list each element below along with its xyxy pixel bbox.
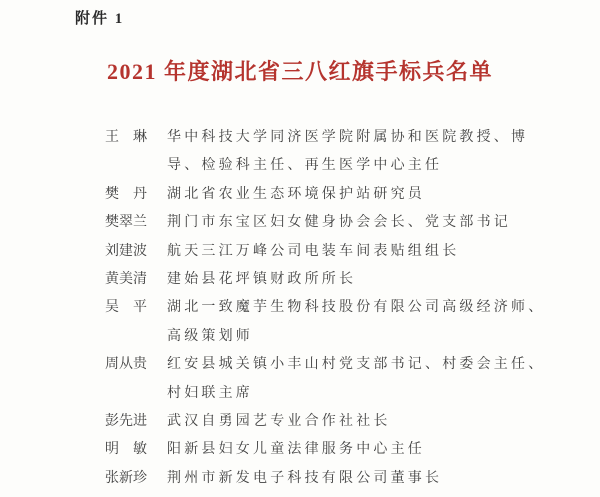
awardee-name: 明 敏 [105,436,147,464]
awardee-description: 荆门市东宝区妇女健身协会会长、党支部书记 [167,209,555,237]
list-item: 周从贵红安县城关镇小丰山村党支部书记、村委会主任、村妇联主席 [105,351,555,408]
awardee-description: 航天三江万峰公司电装车间表贴组组长 [167,238,555,266]
page-title: 2021 年度湖北省三八红旗手标兵名单 [0,55,600,86]
awardee-description-line: 阳新县妇女儿童法律服务中心主任 [167,436,555,464]
awardee-name: 彭先进 [105,408,147,436]
list-item: 樊翠兰荆门市东宝区妇女健身协会会长、党支部书记 [105,209,555,237]
awardee-name: 张新珍 [105,465,147,493]
awardee-description: 红安县城关镇小丰山村党支部书记、村委会主任、村妇联主席 [167,351,555,408]
list-item: 彭先进武汉自勇园艺专业合作社社长 [105,408,555,436]
awardee-description-line: 红安县城关镇小丰山村党支部书记、村委会主任、 [167,351,555,379]
awardee-description-line: 荆门市东宝区妇女健身协会会长、党支部书记 [167,209,555,237]
awardee-description: 建始县花坪镇财政所所长 [167,266,555,294]
awardee-name: 周从贵 [105,351,147,379]
awardee-description-line: 航天三江万峰公司电装车间表贴组组长 [167,238,555,266]
list-item: 黄美清建始县花坪镇财政所所长 [105,266,555,294]
list-item: 张新珍荆州市新发电子科技有限公司董事长 [105,465,555,493]
awardee-description: 荆州市新发电子科技有限公司董事长 [167,465,555,493]
awardee-description-line: 村妇联主席 [167,380,555,408]
document-page: 附件 1 2021 年度湖北省三八红旗手标兵名单 王 琳华中科技大学同济医学院附… [0,0,600,497]
awardee-description-line: 湖北省农业生态环境保护站研究员 [167,181,555,209]
list-item: 王 琳华中科技大学同济医学院附属协和医院教授、博导、检验科主任、再生医学中心主任 [105,124,555,181]
awardee-description: 湖北省农业生态环境保护站研究员 [167,181,555,209]
awardee-description-line: 建始县花坪镇财政所所长 [167,266,555,294]
awardee-description: 武汉自勇园艺专业合作社社长 [167,408,555,436]
awardee-description-line: 华中科技大学同济医学院附属协和医院教授、博 [167,124,555,152]
awardee-name: 王 琳 [105,124,147,152]
awardee-description-line: 湖北一致魔芋生物科技股份有限公司高级经济师、 [167,294,555,322]
awardee-description: 湖北一致魔芋生物科技股份有限公司高级经济师、高级策划师 [167,294,555,351]
awardee-description: 阳新县妇女儿童法律服务中心主任 [167,436,555,464]
awardee-description-line: 荆州市新发电子科技有限公司董事长 [167,465,555,493]
awardee-name: 刘建波 [105,238,147,266]
list-item: 吴 平湖北一致魔芋生物科技股份有限公司高级经济师、高级策划师 [105,294,555,351]
awardee-name: 樊翠兰 [105,209,147,237]
list-item: 明 敏阳新县妇女儿童法律服务中心主任 [105,436,555,464]
awardee-list: 王 琳华中科技大学同济医学院附属协和医院教授、博导、检验科主任、再生医学中心主任… [105,124,555,493]
awardee-description-line: 高级策划师 [167,323,555,351]
awardee-description-line: 导、检验科主任、再生医学中心主任 [167,152,555,180]
awardee-name: 吴 平 [105,294,147,322]
awardee-description: 华中科技大学同济医学院附属协和医院教授、博导、检验科主任、再生医学中心主任 [167,124,555,181]
awardee-description-line: 武汉自勇园艺专业合作社社长 [167,408,555,436]
attachment-label: 附件 1 [75,7,124,28]
awardee-name: 樊 丹 [105,181,147,209]
awardee-name: 黄美清 [105,266,147,294]
list-item: 刘建波航天三江万峰公司电装车间表贴组组长 [105,238,555,266]
list-item: 樊 丹湖北省农业生态环境保护站研究员 [105,181,555,209]
